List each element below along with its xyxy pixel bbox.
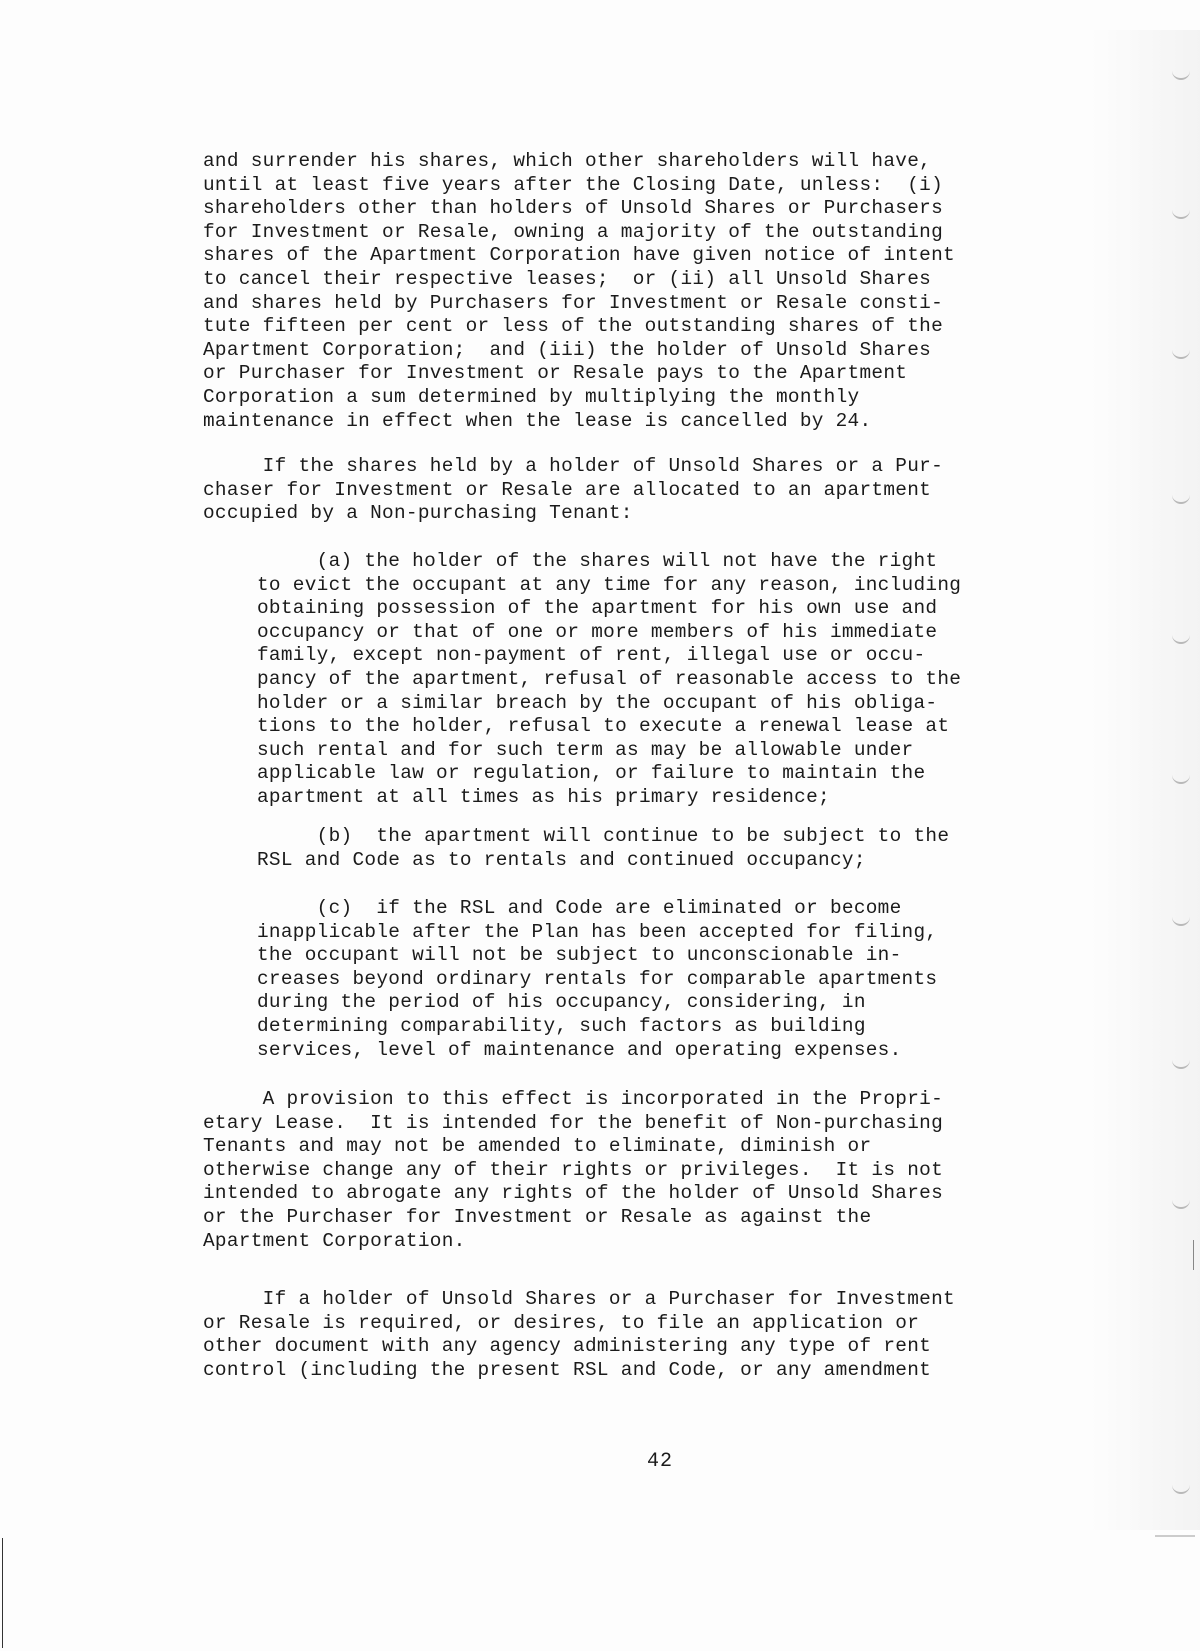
text-line: holder or a similar breach by the occupa… bbox=[257, 692, 1157, 716]
paragraph-cancellation-conditions: and surrender his shares, which other sh… bbox=[203, 150, 1103, 433]
text-line: (c) if the RSL and Code are eliminated o… bbox=[257, 897, 1157, 921]
text-line: during the period of his occupancy, cons… bbox=[257, 991, 1157, 1015]
scan-edge-line bbox=[1155, 1535, 1195, 1537]
text-line: tute fifteen per cent or less of the out… bbox=[203, 315, 1103, 339]
paragraph-proprietary-lease-provision: A provision to this effect is incorporat… bbox=[203, 1088, 1103, 1253]
text-line: for Investment or Resale, owning a major… bbox=[203, 221, 1103, 245]
scan-edge-line bbox=[1193, 1240, 1194, 1270]
clause-b-rsl-code: (b) the apartment will continue to be su… bbox=[257, 825, 1157, 872]
text-line: If a holder of Unsold Shares or a Purcha… bbox=[203, 1288, 1103, 1312]
text-line: If the shares held by a holder of Unsold… bbox=[203, 455, 1103, 479]
text-line: control (including the present RSL and C… bbox=[203, 1359, 1103, 1383]
text-line: the occupant will not be subject to unco… bbox=[257, 944, 1157, 968]
text-line: chaser for Investment or Resale are allo… bbox=[203, 479, 1103, 503]
text-line: tions to the holder, refusal to execute … bbox=[257, 715, 1157, 739]
text-line: and shares held by Purchasers for Invest… bbox=[203, 292, 1103, 316]
text-line: apartment at all times as his primary re… bbox=[257, 786, 1157, 810]
text-line: or the Purchaser for Investment or Resal… bbox=[203, 1206, 1103, 1230]
text-line: Apartment Corporation; and (iii) the hol… bbox=[203, 339, 1103, 363]
text-line: pancy of the apartment, refusal of reaso… bbox=[257, 668, 1157, 692]
text-line: A provision to this effect is incorporat… bbox=[203, 1088, 1103, 1112]
text-line: shareholders other than holders of Unsol… bbox=[203, 197, 1103, 221]
page-number: 42 bbox=[647, 1450, 673, 1473]
text-line: Apartment Corporation. bbox=[203, 1230, 1103, 1254]
text-line: occupancy or that of one or more members… bbox=[257, 621, 1157, 645]
text-line: RSL and Code as to rentals and continued… bbox=[257, 849, 1157, 873]
text-line: Corporation a sum determined by multiply… bbox=[203, 386, 1103, 410]
clause-a-no-eviction: (a) the holder of the shares will not ha… bbox=[257, 550, 1157, 810]
text-line: other document with any agency administe… bbox=[203, 1335, 1103, 1359]
text-line: applicable law or regulation, or failure… bbox=[257, 762, 1157, 786]
clause-c-unconscionable-increases: (c) if the RSL and Code are eliminated o… bbox=[257, 897, 1157, 1062]
text-line: services, level of maintenance and opera… bbox=[257, 1039, 1157, 1063]
text-line: (b) the apartment will continue to be su… bbox=[257, 825, 1157, 849]
text-line: (a) the holder of the shares will not ha… bbox=[257, 550, 1157, 574]
text-line: intended to abrogate any rights of the h… bbox=[203, 1182, 1103, 1206]
text-line: etary Lease. It is intended for the bene… bbox=[203, 1112, 1103, 1136]
text-line: and surrender his shares, which other sh… bbox=[203, 150, 1103, 174]
text-line: maintenance in effect when the lease is … bbox=[203, 410, 1103, 434]
text-line: such rental and for such term as may be … bbox=[257, 739, 1157, 763]
text-line: to evict the occupant at any time for an… bbox=[257, 574, 1157, 598]
text-line: shares of the Apartment Corporation have… bbox=[203, 244, 1103, 268]
text-line: family, except non-payment of rent, ille… bbox=[257, 644, 1157, 668]
text-line: Tenants and may not be amended to elimin… bbox=[203, 1135, 1103, 1159]
document-page: and surrender his shares, which other sh… bbox=[0, 0, 1200, 1651]
text-line: creases beyond ordinary rentals for comp… bbox=[257, 968, 1157, 992]
text-line: until at least five years after the Clos… bbox=[203, 174, 1103, 198]
text-line: obtaining possession of the apartment fo… bbox=[257, 597, 1157, 621]
text-line: otherwise change any of their rights or … bbox=[203, 1159, 1103, 1183]
text-line: to cancel their respective leases; or (i… bbox=[203, 268, 1103, 292]
text-line: inapplicable after the Plan has been acc… bbox=[257, 921, 1157, 945]
text-line: or Resale is required, or desires, to fi… bbox=[203, 1312, 1103, 1336]
paragraph-rent-control-application: If a holder of Unsold Shares or a Purcha… bbox=[203, 1288, 1103, 1382]
text-line: or Purchaser for Investment or Resale pa… bbox=[203, 362, 1103, 386]
text-line: determining comparability, such factors … bbox=[257, 1015, 1157, 1039]
paragraph-non-purchasing-tenant-intro: If the shares held by a holder of Unsold… bbox=[203, 455, 1103, 526]
scan-edge-line bbox=[2, 1538, 3, 1648]
text-line: occupied by a Non-purchasing Tenant: bbox=[203, 502, 1103, 526]
